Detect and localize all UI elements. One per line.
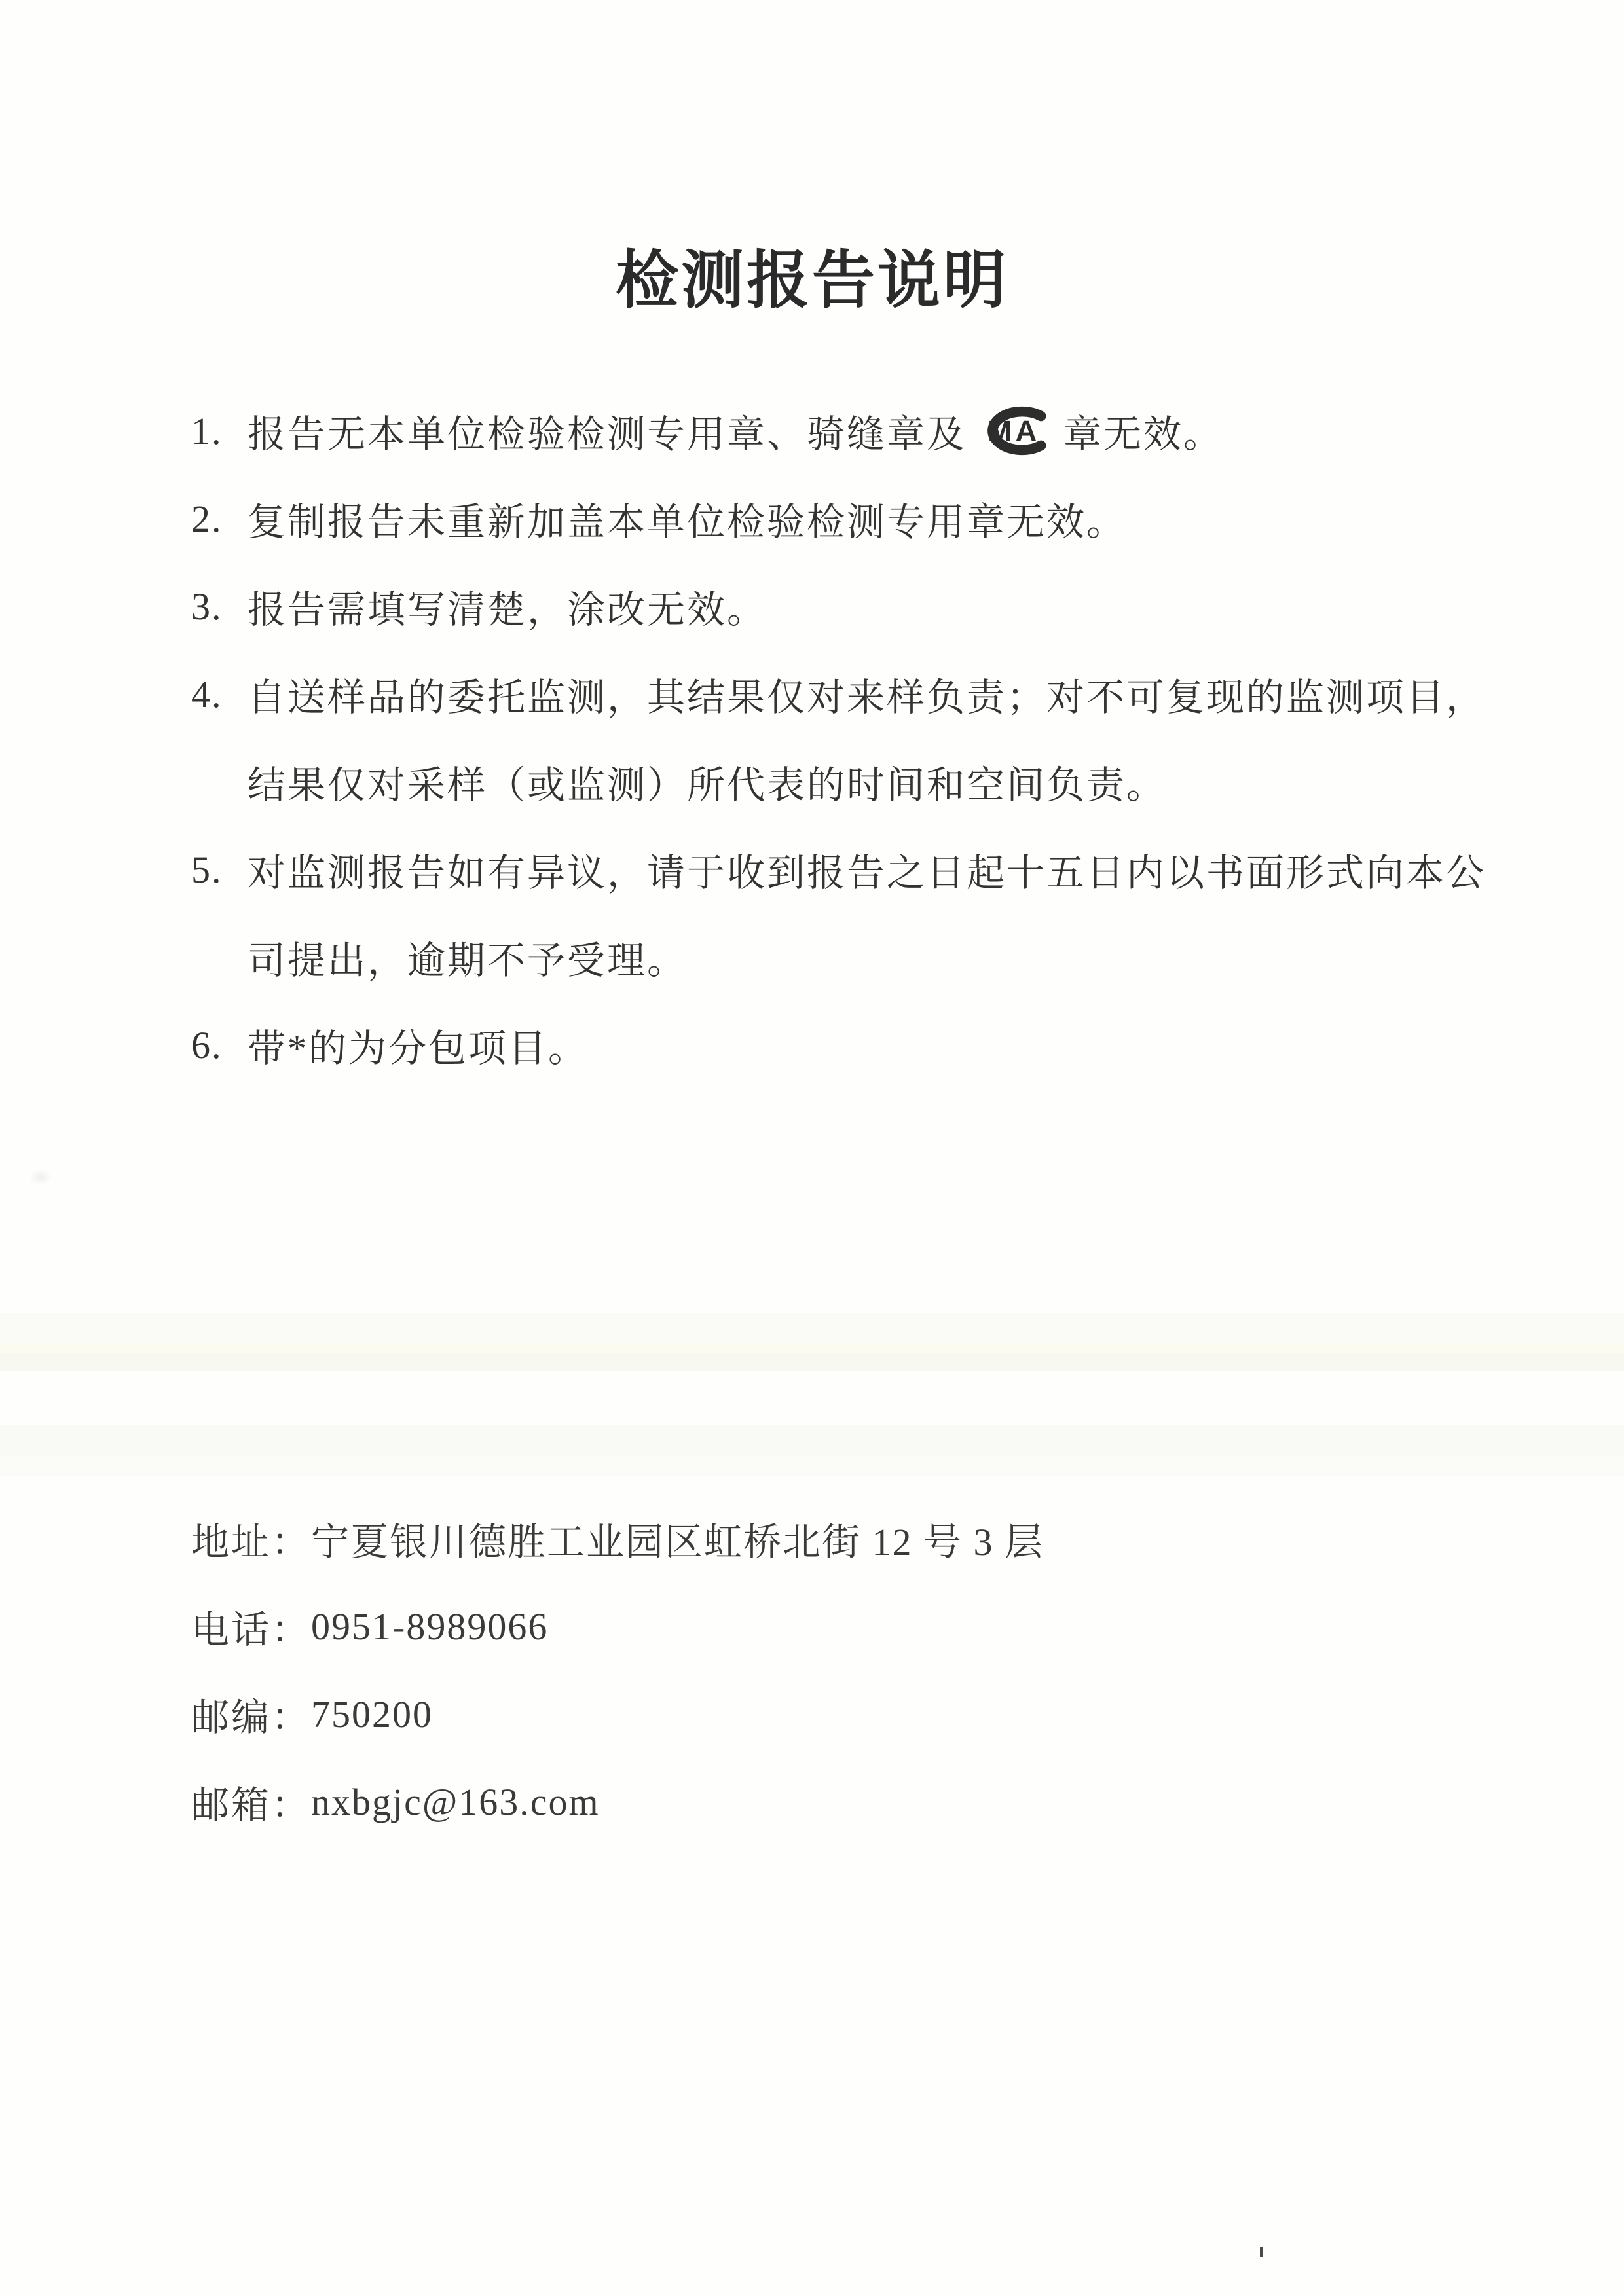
contact-email-row: 邮箱： nxbgjc@163.com xyxy=(191,1758,1044,1846)
contact-address-value: 宁夏银川德胜工业园区虹桥北街 12 号 3 层 xyxy=(311,1511,1044,1566)
contact-block: 地址： 宁夏银川德胜工业园区虹桥北街 12 号 3 层 电话： 0951-898… xyxy=(191,1495,1044,1846)
note-number: 6. xyxy=(191,1023,248,1067)
note-text: 报告无本单位检验检测专用章、骑缝章及 MA 章无效。 xyxy=(248,403,1223,458)
note-item-2: 2. 复制报告未重新加盖本单位检验检测专用章无效。 xyxy=(191,475,1494,562)
note-text: 复制报告未重新加盖本单位检验检测专用章无效。 xyxy=(248,491,1126,546)
cma-mark-letters: MA xyxy=(987,414,1040,448)
scan-artifact-band xyxy=(0,1457,1624,1476)
note-text-after-logo: 章无效。 xyxy=(1063,403,1223,458)
note-text-before-logo: 报告无本单位检验检测专用章、骑缝章及 xyxy=(248,403,967,458)
note-number: 2. xyxy=(191,497,248,541)
scan-artifact-band xyxy=(0,1313,1624,1347)
note-item-5: 5. 对监测报告如有异议，请于收到报告之日起十五日内以书面形式向本公 xyxy=(191,826,1494,913)
scan-artifact-band xyxy=(0,1343,1624,1353)
report-notes-page: 检测报告说明 1. 报告无本单位检验检测专用章、骑缝章及 MA 章无效。 2. … xyxy=(0,0,1624,2296)
contact-phone-label: 电话： xyxy=(191,1599,311,1654)
note-item-4: 4. 自送样品的委托监测，其结果仅对来样负责；对不可复现的监测项目， xyxy=(191,650,1494,738)
note-number: 1. xyxy=(191,409,248,453)
cma-mark-icon: MA xyxy=(977,406,1053,456)
note-number: 4. xyxy=(191,672,248,716)
contact-email-value: nxbgjc@163.com xyxy=(311,1780,600,1824)
note-text: 自送样品的委托监测，其结果仅对来样负责；对不可复现的监测项目， xyxy=(248,666,1486,721)
notes-list: 1. 报告无本单位检验检测专用章、骑缝章及 MA 章无效。 2. 复制报告未重新… xyxy=(191,387,1494,1089)
note-number: 3. xyxy=(191,585,248,629)
note-item-1: 1. 报告无本单位检验检测专用章、骑缝章及 MA 章无效。 xyxy=(191,387,1494,475)
contact-phone-value: 0951-8989066 xyxy=(311,1605,548,1649)
note-item-4-continued: 结果仅对采样（或监测）所代表的时间和空间负责。 xyxy=(191,738,1494,826)
note-item-3: 3. 报告需填写清楚，涂改无效。 xyxy=(191,562,1494,650)
scan-artifact-band xyxy=(0,1425,1624,1457)
scan-artifact-smudge xyxy=(29,1169,52,1185)
scan-artifact-band xyxy=(0,1353,1624,1371)
note-text: 对监测报告如有异议，请于收到报告之日起十五日内以书面形式向本公 xyxy=(248,842,1486,897)
page-title: 检测报告说明 xyxy=(0,230,1624,320)
contact-address-row: 地址： 宁夏银川德胜工业园区虹桥北街 12 号 3 层 xyxy=(191,1495,1044,1582)
note-item-6: 6. 带*的为分包项目。 xyxy=(191,1001,1494,1089)
scan-artifact-mark xyxy=(1260,2247,1263,2257)
note-text: 报告需填写清楚，涂改无效。 xyxy=(248,579,767,634)
contact-phone-row: 电话： 0951-8989066 xyxy=(191,1582,1044,1670)
note-text: 带*的为分包项目。 xyxy=(248,1017,588,1072)
note-number: 5. xyxy=(191,848,248,892)
contact-email-label: 邮箱： xyxy=(191,1774,311,1829)
note-text: 司提出，逾期不予受理。 xyxy=(248,930,687,985)
contact-address-label: 地址： xyxy=(191,1511,311,1566)
note-item-5-continued: 司提出，逾期不予受理。 xyxy=(191,913,1494,1001)
contact-postal-row: 邮编： 750200 xyxy=(191,1670,1044,1758)
note-text: 结果仅对采样（或监测）所代表的时间和空间负责。 xyxy=(248,754,1166,809)
contact-postal-label: 邮编： xyxy=(191,1686,311,1741)
contact-postal-value: 750200 xyxy=(311,1692,433,1736)
